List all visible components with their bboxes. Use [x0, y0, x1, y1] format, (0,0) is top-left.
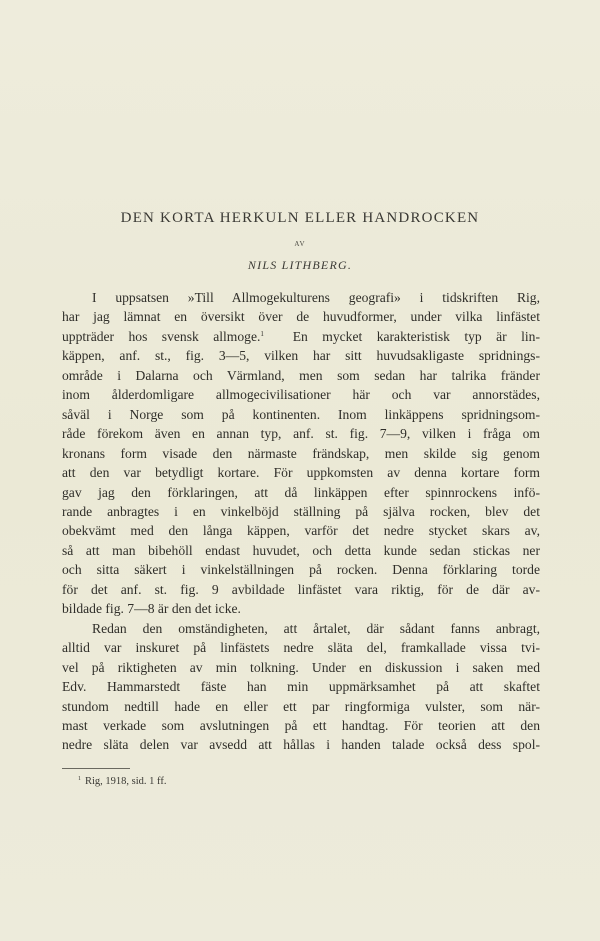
text-line: och sitta säkert i vinkelställningen på … [62, 560, 540, 579]
article-body: I uppsatsen »Till Allmogekulturens geogr… [62, 288, 540, 755]
footnote-marker: 1 [78, 776, 81, 782]
text-line: såväl i Norge som på kontinenten. Inom l… [62, 405, 540, 424]
author-name: NILS LITHBERG. [0, 258, 600, 273]
text-line: Edv. Hammarstedt fäste han min uppmärksa… [62, 677, 540, 696]
text-line: kronans form visade den närmaste frändsk… [62, 444, 540, 463]
text-line: alltid var inskuret på linfästets nedre … [62, 638, 540, 657]
text-line: stundom nedtill hade en eller ett par ri… [62, 697, 540, 716]
text-line: inom ålderdomligare allmogecivilisatione… [62, 385, 540, 404]
byline-av: AV [0, 240, 600, 248]
text-line: rande anbragtes i en vinkelböjd ställnin… [62, 502, 540, 521]
article-title: DEN KORTA HERKULN ELLER HANDROCKEN [0, 210, 600, 227]
text-fragment: uppträder hos svensk allmoge. [62, 329, 260, 344]
text-line: mast verkade som avslutningen på ett han… [62, 716, 540, 735]
footnote-divider [62, 768, 130, 769]
text-line: I uppsatsen »Till Allmogekulturens geogr… [62, 288, 540, 307]
text-line: att den var betydligt kortare. För uppko… [62, 463, 540, 482]
text-line: så att man bibehöll endast huvudet, och … [62, 541, 540, 560]
text-line: råde förekom även en annan typ, anf. st.… [62, 424, 540, 443]
text-fragment: En mycket karakteristisk typ är lin- [264, 329, 540, 344]
text-line: Redan den omständigheten, att årtalet, d… [62, 619, 540, 638]
text-line: för det anf. st. fig. 9 avbildade linfäs… [62, 580, 540, 599]
text-line: obekvämt med den långa käppen, varför de… [62, 521, 540, 540]
text-line: käppen, anf. st., fig. 3—5, vilken har s… [62, 346, 540, 365]
document-page: DEN KORTA HERKULN ELLER HANDROCKEN AV NI… [0, 0, 600, 941]
text-line-with-footnote-ref: uppträder hos svensk allmoge.1 En mycket… [62, 327, 540, 346]
text-line: bildade fig. 7—8 är den det icke. [62, 599, 540, 618]
text-line: område i Dalarna och Värmland, men som s… [62, 366, 540, 385]
text-line: vel på riktigheten av min tolkning. Unde… [62, 658, 540, 677]
footnote: 1Rig, 1918, sid. 1 ff. [78, 776, 166, 787]
text-line: gav jag den förklaringen, att då linkäpp… [62, 483, 540, 502]
text-line: nedre släta delen var avsedd att hållas … [62, 735, 540, 754]
footnote-text: Rig, 1918, sid. 1 ff. [85, 776, 166, 787]
text-line: har jag lämnat en översikt över de huvud… [62, 307, 540, 326]
